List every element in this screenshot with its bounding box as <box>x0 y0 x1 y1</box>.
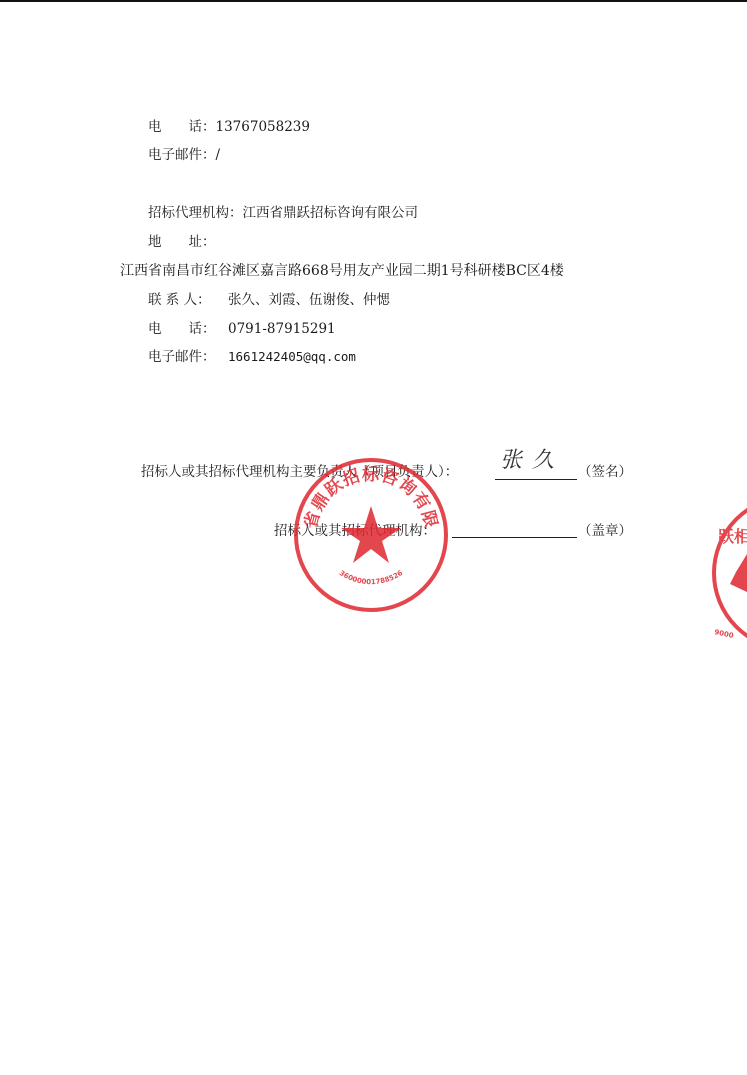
star-icon <box>730 554 747 592</box>
agency-seal-line <box>452 524 577 538</box>
phone-label: 电 话： <box>148 118 216 136</box>
agency-contacts-row: 联 系 人：张久、刘霞、伍谢俊、仲愢 <box>148 291 390 309</box>
agency-name-value: 江西省鼎跃招标咨询有限公司 <box>243 204 419 222</box>
agency-contacts-value: 张久、刘霞、伍谢俊、仲愢 <box>228 291 390 309</box>
svg-text:36000001788526: 36000001788526 <box>338 569 404 586</box>
agency-contacts-label: 联 系 人： <box>148 291 228 309</box>
agency-email-row: 电子邮件：1661242405@qq.com <box>148 348 356 366</box>
agency-phone-row: 电 话：0791-87915291 <box>148 320 336 338</box>
tenderer-phone-row: 电 话：13767058239 <box>148 118 310 136</box>
tenderer-email-row: 电子邮件：/ <box>148 146 220 164</box>
agency-email-value: 1661242405@qq.com <box>228 348 356 366</box>
agency-phone-value: 0791-87915291 <box>228 320 336 338</box>
agency-seal-suffix: （盖章） <box>578 522 632 540</box>
agency-seal-label: 招标人或其招标代理机构： <box>274 523 436 539</box>
agency-address-value: 江西省南昌市红谷滩区嘉言路668号用友产业园二期1号科研楼BC区4楼 <box>120 262 564 280</box>
agency-name-label: 招标代理机构： <box>148 204 243 222</box>
svg-text:9000: 9000 <box>714 628 735 640</box>
phone-value: 13767058239 <box>216 118 310 136</box>
email-value: / <box>216 146 221 164</box>
handwritten-signature: 张久 <box>500 452 564 470</box>
page-top-border <box>0 0 747 2</box>
email-label: 电子邮件： <box>148 146 216 164</box>
agency-address-row: 江西省南昌市红谷滩区嘉言路668号用友产业园二期1号科研楼BC区4楼 <box>120 262 564 280</box>
agency-email-label: 电子邮件： <box>148 348 228 366</box>
agency-phone-label: 电 话： <box>148 320 228 338</box>
agency-seal-row: 招标人或其招标代理机构： <box>274 522 436 540</box>
agency-name-row: 招标代理机构：江西省鼎跃招标咨询有限公司 <box>148 204 418 222</box>
svg-text:跃相: 跃相 <box>718 527 747 546</box>
agency-address-label-row: 地 址： <box>148 233 216 251</box>
agency-address-label: 地 址： <box>148 233 216 251</box>
paging-seal-stamp: 跃相 9000 <box>710 492 747 654</box>
responsible-label: 招标人或其招标代理机构主要负责人（项目负责人）： <box>141 464 458 480</box>
responsible-suffix: （签名） <box>578 463 632 481</box>
responsible-signature-row: 招标人或其招标代理机构主要负责人（项目负责人）： <box>141 463 458 481</box>
